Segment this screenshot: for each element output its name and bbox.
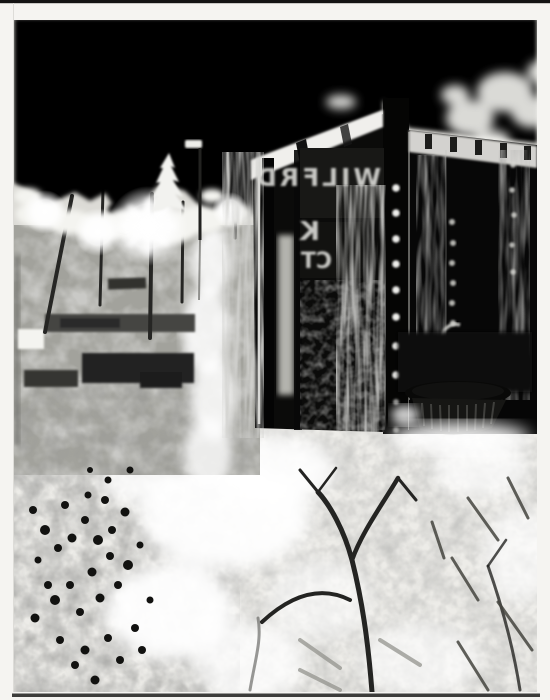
photo-negative: WILFRD K CT <box>0 0 550 700</box>
negative-canvas: WILFRD K CT <box>0 0 550 700</box>
bright-marker-square <box>18 329 44 349</box>
sign-line-2: K <box>299 217 320 247</box>
lamp-head <box>185 140 202 148</box>
pale-door-strip <box>278 235 294 395</box>
edge-shadow-strip <box>14 255 20 445</box>
film-edge-bottom <box>12 694 540 698</box>
barrel-planter <box>390 332 532 454</box>
sign-line-3: CT <box>301 249 332 274</box>
film-edge-top <box>0 0 550 3</box>
grass-streak-band <box>222 152 264 438</box>
